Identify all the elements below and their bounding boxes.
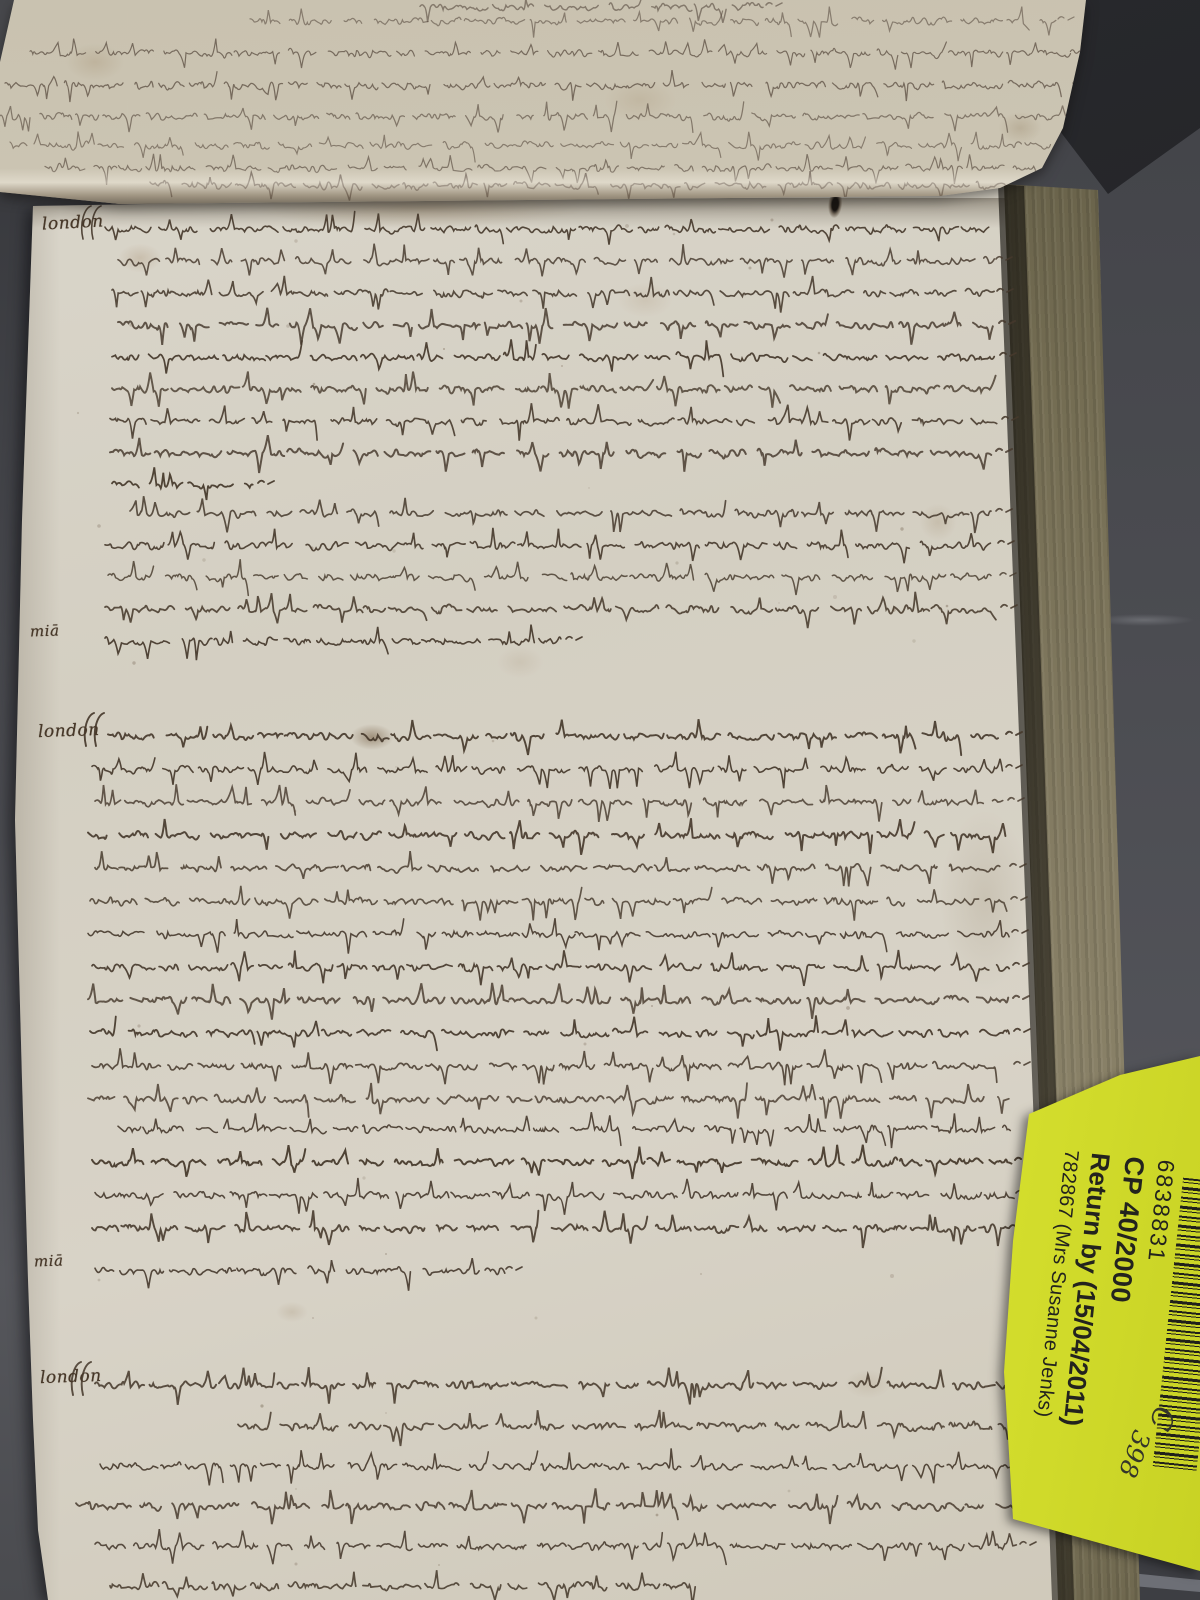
archival-photo: london miā london miā london 6838831 CP …: [0, 0, 1200, 1600]
archive-label-content: 6838831 CP 40/2000 Return by (15/04/2011…: [1008, 1062, 1200, 1584]
archive-label-wrap: 6838831 CP 40/2000 Return by (15/04/2011…: [0, 0, 1200, 1600]
archive-label: 6838831 CP 40/2000 Return by (15/04/2011…: [0, 0, 1200, 1600]
